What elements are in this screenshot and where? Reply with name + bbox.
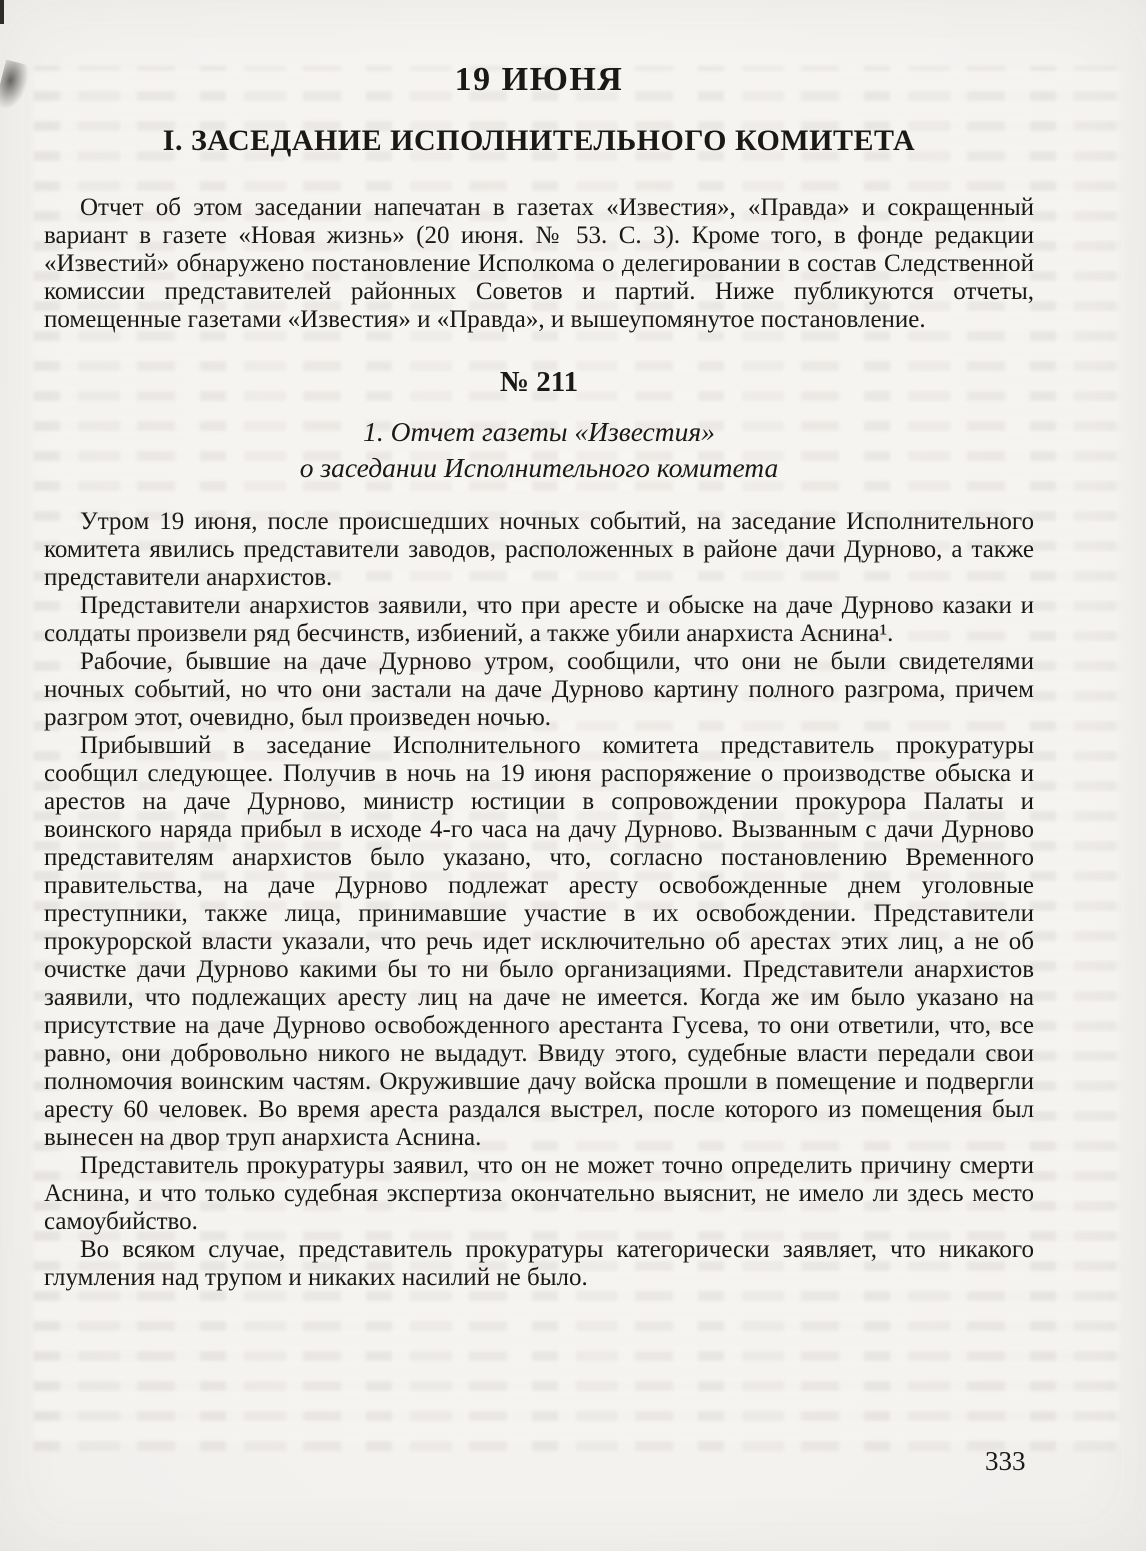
document-title-line1: 1. Отчет газеты «Известия» [44,414,1034,450]
date-heading: 19 ИЮНЯ [44,62,1034,98]
section-heading: I. ЗАСЕДАНИЕ ИСПОЛНИТЕЛЬНОГО КОМИТЕТА [44,124,1034,158]
body-paragraph: Представители анархистов заявили, что пр… [44,592,1034,648]
document-body: Утром 19 июня, после происшедших ночных … [44,508,1034,1292]
scan-edge-mark [0,0,4,24]
document-number: № 211 [44,366,1034,398]
page-content: 19 ИЮНЯ I. ЗАСЕДАНИЕ ИСПОЛНИТЕЛЬНОГО КОМ… [0,0,1146,1292]
book-page: 19 ИЮНЯ I. ЗАСЕДАНИЕ ИСПОЛНИТЕЛЬНОГО КОМ… [0,0,1146,1551]
body-paragraph: Утром 19 июня, после происшедших ночных … [44,508,1034,592]
editorial-note-paragraph: Отчет об этом заседании напечатан в газе… [44,194,1034,334]
body-paragraph: Во всяком случае, представитель прокурат… [44,1236,1034,1292]
page-number: 333 [985,1446,1026,1476]
document-title-line2: о заседании Исполнительного комитета [44,450,1034,486]
body-paragraph: Представитель прокуратуры заявил, что он… [44,1152,1034,1236]
document-title: 1. Отчет газеты «Известия» о заседании И… [44,414,1034,486]
body-paragraph: Прибывший в заседание Исполнительного ко… [44,732,1034,1152]
body-paragraph: Рабочие, бывшие на даче Дурново утром, с… [44,648,1034,732]
